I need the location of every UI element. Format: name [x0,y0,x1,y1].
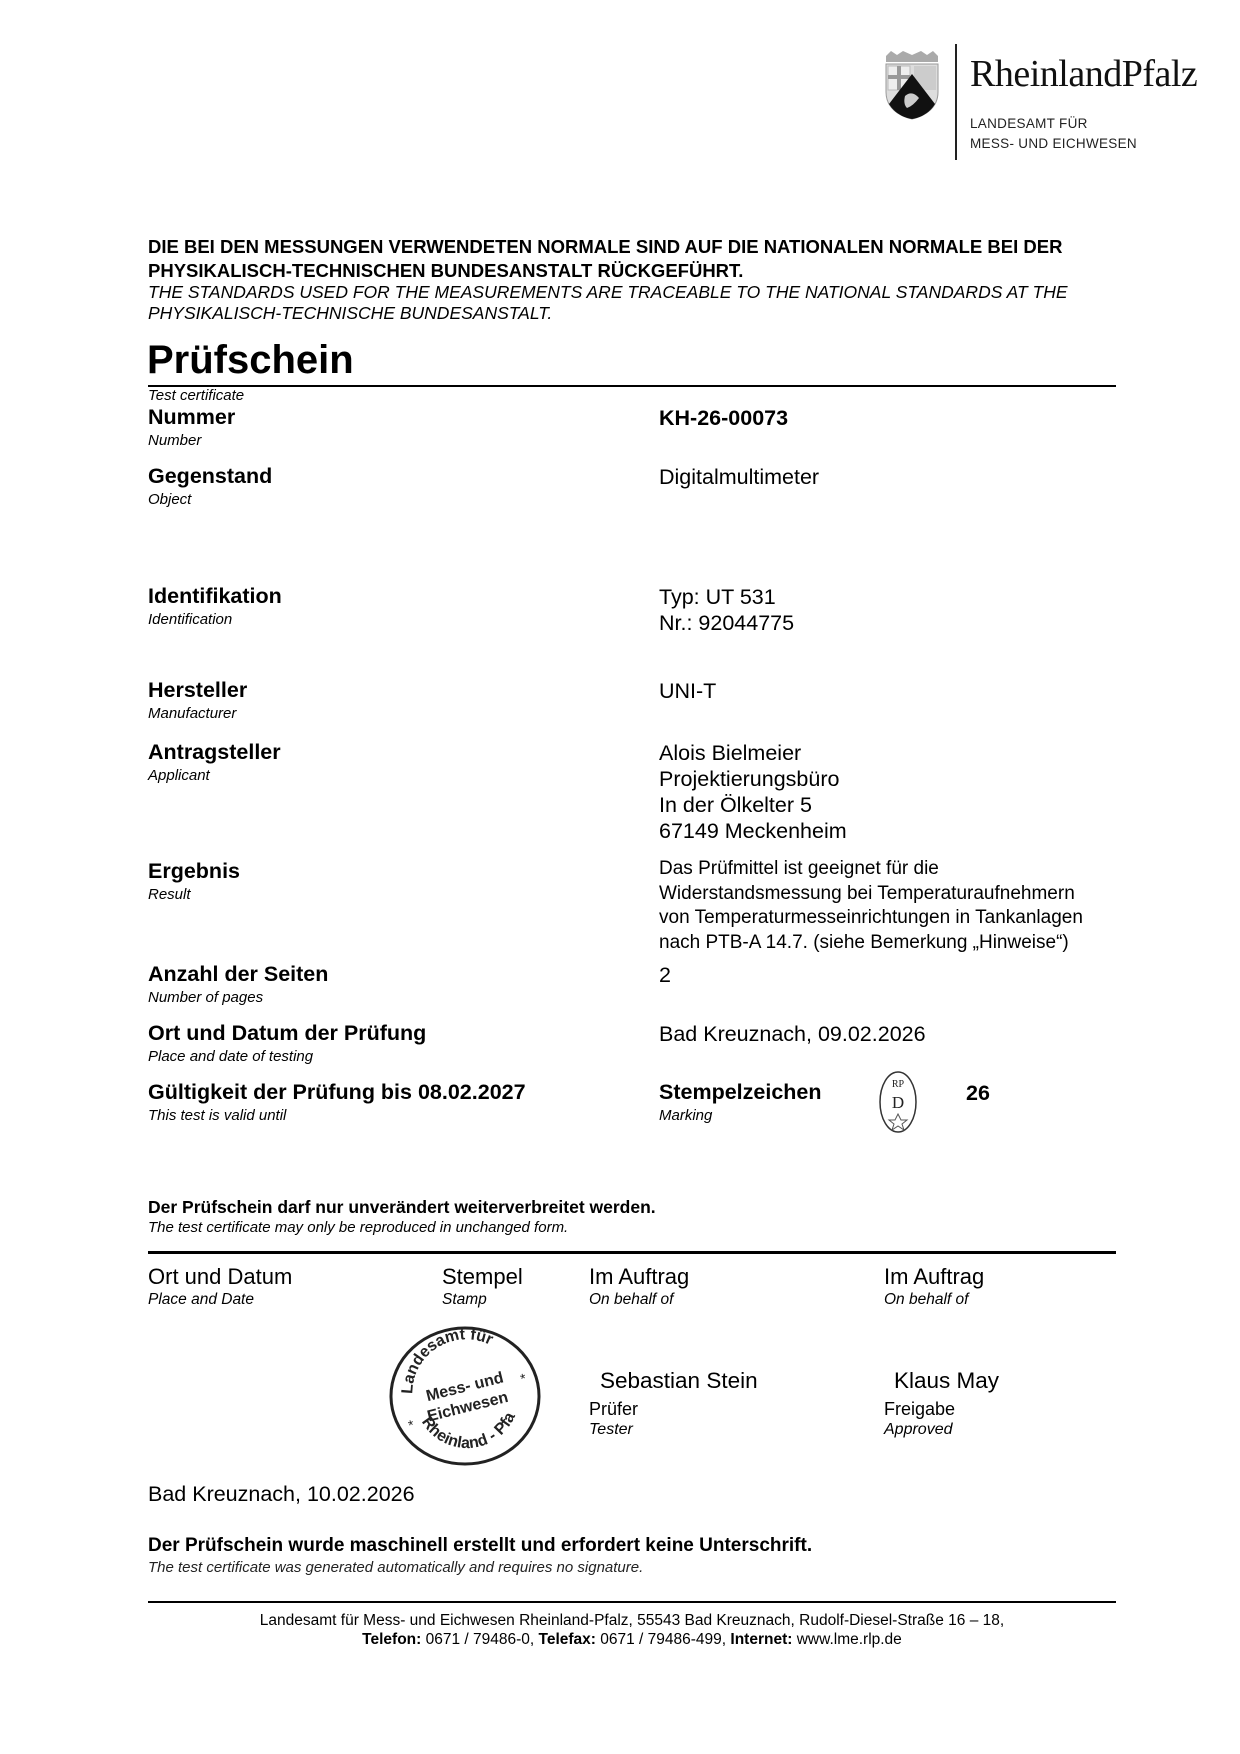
sig-approver-header: Im Auftrag On behalf of [884,1264,984,1309]
approver-role-de: Freigabe [884,1399,955,1420]
sig-head-en: On behalf of [884,1291,984,1309]
field-pages-value: 2 [659,962,671,988]
sig-head-en: On behalf of [589,1291,689,1309]
logo-subtitle: LANDESAMT FÜR MESS- UND EICHWESEN [970,114,1137,154]
official-stamp-icon: Landesamt für Rheinland - Pfalz Mess- un… [385,1320,545,1468]
tester-name: Sebastian Stein [600,1368,758,1394]
marking-seal-icon: RP D [878,1070,918,1134]
applicant-line: Alois Bielmeier [659,740,847,766]
sig-head-de: Im Auftrag [884,1264,984,1290]
label-en: Marking [659,1107,822,1124]
tester-role-de: Prüfer [589,1399,638,1420]
auto-generated-notice-en: The test certificate was generated autom… [148,1559,643,1576]
reproduction-notice-en: The test certificate may only be reprodu… [148,1219,568,1236]
label-de: Gültigkeit der Prüfung bis 08.02.2027 [148,1080,526,1105]
label-en: Number [148,432,235,449]
field-pages-label: Anzahl der Seiten Number of pages [148,962,328,1006]
label-en: Applicant [148,767,281,784]
field-result-label: Ergebnis Result [148,859,240,903]
fax-value: 0671 / 79486-499, [596,1631,730,1648]
logo-subtitle-line1: LANDESAMT FÜR [970,114,1137,134]
svg-text:*: * [407,1416,417,1433]
title-divider [148,385,1116,387]
result-line: nach PTB-A 14.7. (siehe Bemerkung „Hinwe… [659,931,1083,956]
label-de: Nummer [148,405,235,430]
applicant-line: 67149 Meckenheim [659,818,847,844]
approver-role-en: Approved [884,1421,955,1439]
sig-head-de: Stempel [442,1264,523,1290]
field-manufacturer-value: UNI-T [659,678,716,704]
reproduction-notice-de: Der Prüfschein darf nur unverändert weit… [148,1197,656,1218]
phone-value: 0671 / 79486-0, [421,1631,538,1648]
field-number-value: KH-26-00073 [659,405,788,431]
field-testing-value: Bad Kreuznach, 09.02.2026 [659,1021,926,1047]
sig-stamp-header: Stempel Stamp [442,1264,523,1309]
label-en: This test is valid until [148,1107,526,1124]
issue-place-date: Bad Kreuznach, 10.02.2026 [148,1482,415,1507]
internet-label: Internet: [730,1631,792,1648]
sig-tester-role: Prüfer Tester [589,1396,638,1439]
label-en: Identification [148,611,282,628]
sig-tester: Sebastian Stein [600,1368,758,1394]
field-identification-value: Typ: UT 531 Nr.: 92044775 [659,584,794,636]
label-en: Number of pages [148,989,328,1006]
label-de: Ergebnis [148,859,240,884]
auto-generated-notice-de: Der Prüfschein wurde maschinell erstellt… [148,1535,812,1557]
fax-label: Telefax: [539,1631,596,1648]
sig-head-de: Im Auftrag [589,1264,689,1290]
logo-subtitle-line2: MESS- UND EICHWESEN [970,134,1137,154]
field-applicant-value: Alois Bielmeier Projektierungsbüro In de… [659,740,847,844]
footer-address: Landesamt für Mess- und Eichwesen Rheinl… [148,1611,1116,1630]
field-object-value: Digitalmultimeter [659,464,819,490]
sig-tester-header: Im Auftrag On behalf of [589,1264,689,1309]
sig-approver: Klaus May [894,1368,999,1394]
website-link[interactable]: www.lme.rlp.de [792,1631,901,1648]
identification-serial: Nr.: 92044775 [659,610,794,636]
sig-head-en: Place and Date [148,1291,292,1309]
svg-text:RP: RP [892,1079,905,1090]
footer: Landesamt für Mess- und Eichwesen Rheinl… [148,1611,1116,1649]
label-de: Identifikation [148,584,282,609]
signature-divider [148,1251,1116,1254]
sig-approver-role: Freigabe Approved [884,1396,955,1439]
label-en: Object [148,491,272,508]
label-de: Anzahl der Seiten [148,962,328,987]
footer-contact: Telefon: 0671 / 79486-0, Telefax: 0671 /… [148,1630,1116,1649]
logo-title: RheinlandPfalz [970,52,1197,96]
field-result-value: Das Prüfmittel ist geeignet für die Wide… [659,857,1083,955]
field-number-label: Nummer Number [148,405,235,449]
approver-name: Klaus May [894,1368,999,1394]
label-en: Place and date of testing [148,1048,426,1065]
traceability-statement-de: DIE BEI DEN MESSUNGEN VERWENDETEN NORMAL… [148,235,1138,283]
svg-text:D: D [892,1093,904,1112]
page-title: Prüfschein [147,338,354,383]
label-de: Hersteller [148,678,247,703]
identification-type: Typ: UT 531 [659,584,794,610]
field-testing-label: Ort und Datum der Prüfung Place and date… [148,1021,426,1065]
sig-head-en: Stamp [442,1291,523,1309]
field-validity-label: Gültigkeit der Prüfung bis 08.02.2027 Th… [148,1080,526,1124]
svg-text:*: * [519,1370,529,1387]
label-en: Manufacturer [148,705,247,722]
field-marking-label: Stempelzeichen Marking [659,1080,822,1124]
label-de: Antragsteller [148,740,281,765]
label-de: Stempelzeichen [659,1080,822,1105]
footer-divider [148,1601,1116,1603]
label-de: Ort und Datum der Prüfung [148,1021,426,1046]
field-manufacturer-label: Hersteller Manufacturer [148,678,247,722]
sig-head-de: Ort und Datum [148,1264,292,1290]
logo-divider [955,44,957,160]
field-object-label: Gegenstand Object [148,464,272,508]
applicant-line: In der Ölkelter 5 [659,792,847,818]
label-en: Result [148,886,240,903]
coat-of-arms-icon [883,48,941,120]
page-subtitle: Test certificate [148,387,244,404]
marking-number: 26 [966,1081,990,1106]
result-line: Das Prüfmittel ist geeignet für die [659,857,1083,882]
result-line: von Temperaturmesseinrichtungen in Tanka… [659,906,1083,931]
label-de: Gegenstand [148,464,272,489]
field-identification-label: Identifikation Identification [148,584,282,628]
result-line: Widerstandsmessung bei Temperaturaufnehm… [659,882,1083,907]
traceability-statement-en: THE STANDARDS USED FOR THE MEASUREMENTS … [148,282,1138,324]
phone-label: Telefon: [362,1631,421,1648]
tester-role-en: Tester [589,1421,638,1439]
field-applicant-label: Antragsteller Applicant [148,740,281,784]
applicant-line: Projektierungsbüro [659,766,847,792]
sig-place-date-header: Ort und Datum Place and Date [148,1264,292,1309]
